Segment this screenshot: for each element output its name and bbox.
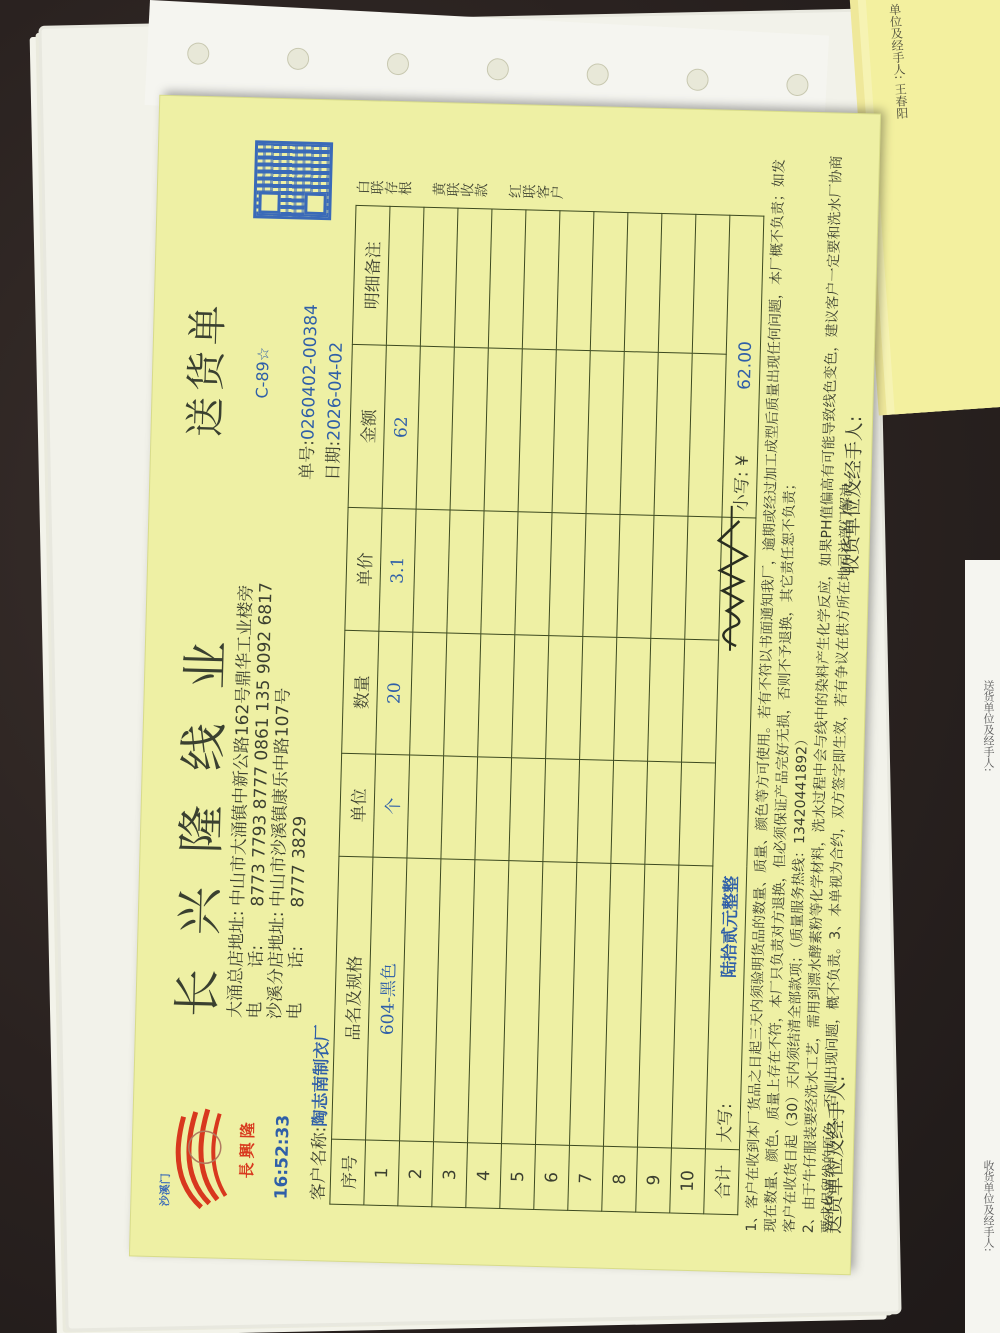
total-lowercase: 小写: ¥ 62.00 xyxy=(722,215,764,518)
company-logo: 沙溪门 長興隆 xyxy=(151,1096,264,1219)
logo-name: 長興隆 xyxy=(234,1118,259,1179)
cell-qty: 20 xyxy=(376,631,413,755)
side-sheet-right: 送货单位及经手人: 收货单位及经手人: xyxy=(965,560,1000,1333)
header-note: 明细备注 xyxy=(352,205,390,345)
document-title: 送货单 xyxy=(173,298,234,437)
copy-yellow: 黄联收款 xyxy=(432,182,488,200)
handwritten-signature xyxy=(706,500,755,651)
side-sheet-right-text-1: 送货单位及经手人: xyxy=(980,680,996,772)
header-price: 单价 xyxy=(345,507,382,631)
print-time: 16:52:33 xyxy=(271,1115,293,1200)
header-no: 序号 xyxy=(330,1139,366,1205)
cell-amount: 62 xyxy=(382,345,420,509)
receiver-signature-label: 收货单位及经手人: xyxy=(836,415,867,574)
header-amount: 金额 xyxy=(348,344,386,508)
delivery-note: 沙溪门 長興隆 长兴隆线业 送货单 大涌总店地址:中山市大涌镇中新公路162号鼎… xyxy=(130,96,880,1274)
logo-swoosh-icon xyxy=(161,1096,244,1218)
phone-line-2: 电 话:8777 3829 xyxy=(280,815,310,1020)
qr-code-icon xyxy=(253,140,333,220)
form-code: C-89☆ xyxy=(252,347,272,399)
cell-note xyxy=(386,206,424,346)
cell-no: 1 xyxy=(364,1140,400,1206)
copy-red: 红联客户 xyxy=(508,184,564,202)
cell-price: 3.1 xyxy=(379,508,416,632)
header-unit: 单位 xyxy=(339,753,376,857)
copy-labels: 白联存根 黄联收款 红联客户 xyxy=(356,167,585,203)
side-sheet-right-text-2: 收货单位及经手人: xyxy=(980,1160,996,1252)
customer-name: 客户名称:陶志南制衣厂 xyxy=(303,1024,333,1200)
cell-unit: 个 xyxy=(373,754,410,858)
header-qty: 数量 xyxy=(342,630,379,754)
total-label: 合计 xyxy=(704,1149,740,1215)
items-table: 序号 品名及规格 单位 数量 单价 金额 明细备注 1 604-黑色 个 20 … xyxy=(329,205,764,1215)
order-date: 日期:2026-04-02 xyxy=(318,342,347,481)
sender-signature-label: 送货单位及经手人: xyxy=(819,1075,850,1234)
delivery-note-wrapper: 沙溪门 長興隆 长兴隆线业 送货单 大涌总店地址:中山市大涌镇中新公路162号鼎… xyxy=(110,70,900,1300)
copy-white: 白联存根 xyxy=(356,180,412,198)
order-number: 单号:0260402-00384 xyxy=(292,304,322,480)
